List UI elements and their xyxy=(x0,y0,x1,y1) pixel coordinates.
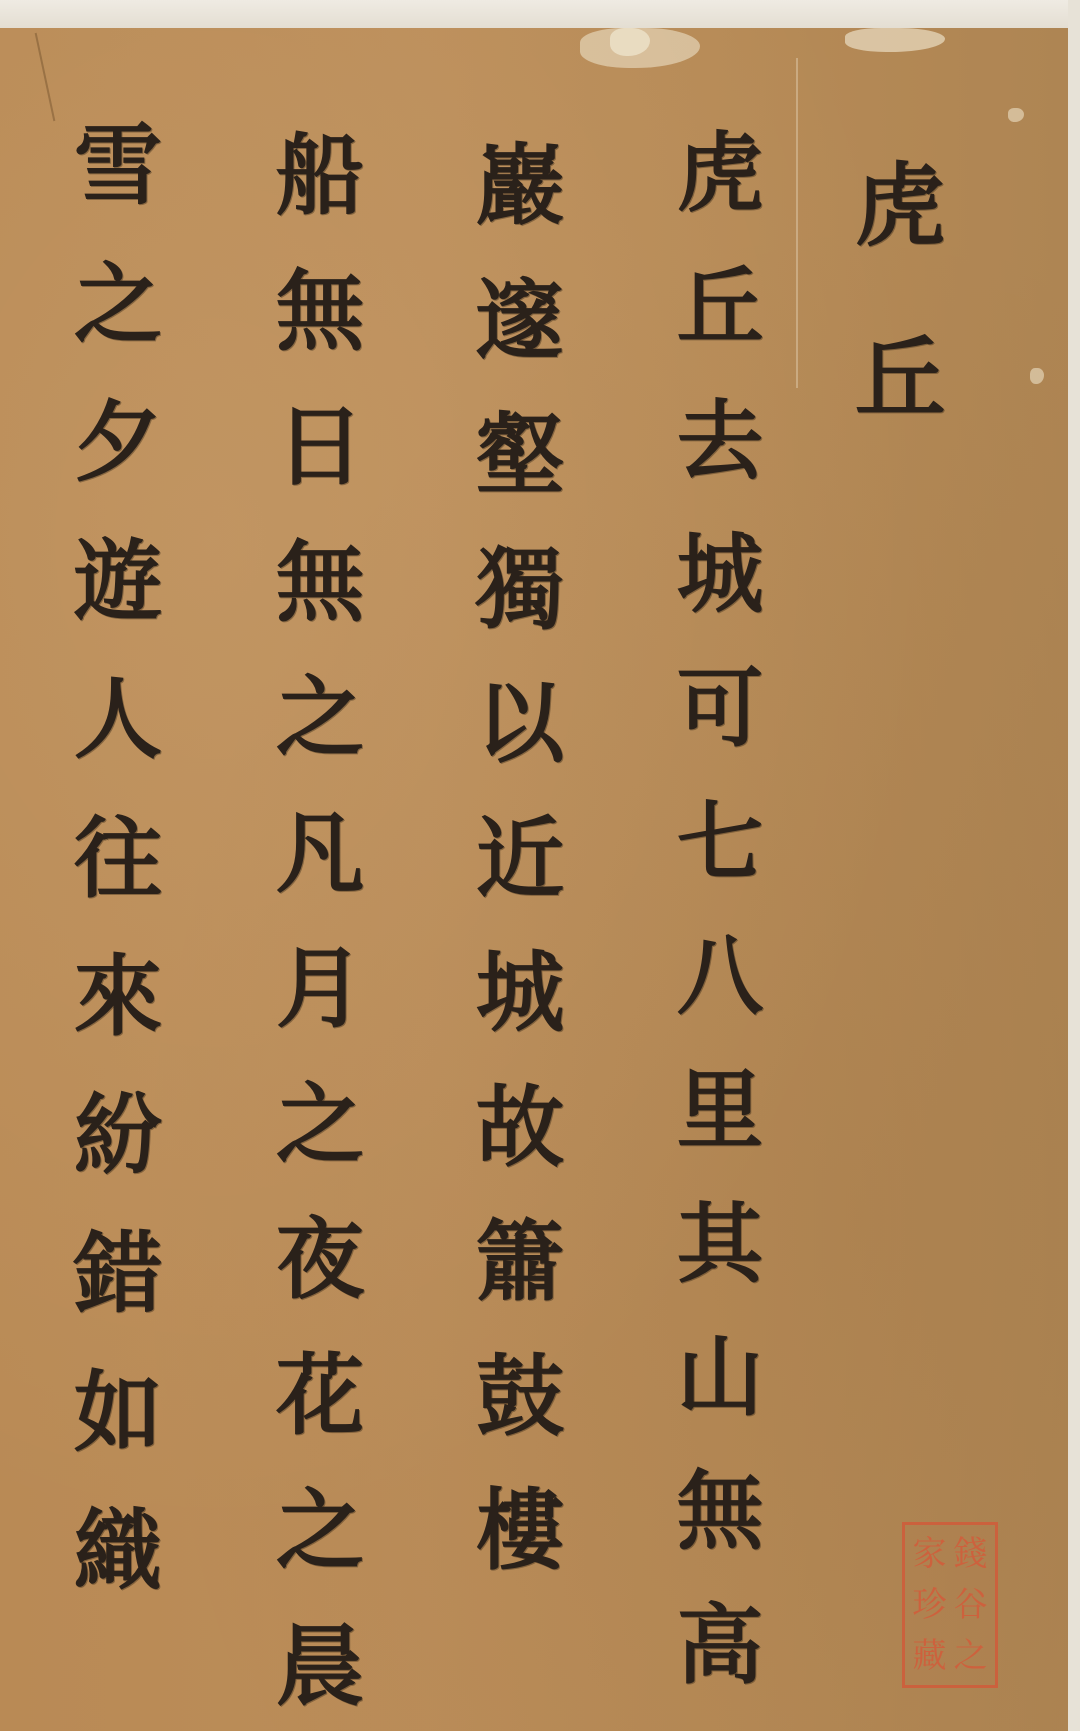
calligraphy-character: 城 xyxy=(677,511,763,639)
calligraphy-character: 簫 xyxy=(476,1196,564,1327)
calligraphy-character: 以 xyxy=(476,658,564,789)
calligraphy-character: 巖 xyxy=(476,120,564,251)
calligraphy-character: 無 xyxy=(276,517,364,648)
calligraphy-character: 山 xyxy=(677,1314,763,1442)
collector-seal: 錢谷之家珍藏 xyxy=(902,1522,998,1688)
calligraphy-character: 邃 xyxy=(476,255,564,386)
calligraphy-character: 人 xyxy=(74,654,162,785)
calligraphy-character: 無 xyxy=(276,246,364,377)
seal-character: 之 xyxy=(950,1630,991,1681)
calligraphy-character: 紛 xyxy=(74,1070,162,1201)
calligraphy-character: 錯 xyxy=(74,1208,162,1339)
seal-character: 家 xyxy=(909,1529,950,1580)
calligraphy-character: 里 xyxy=(677,1047,763,1175)
calligraphy-character: 之 xyxy=(276,1465,364,1596)
calligraphy-character: 日 xyxy=(276,381,364,512)
calligraphy-character: 虎 xyxy=(677,110,763,238)
calligraphy-character: 雪 xyxy=(74,100,162,231)
paper-crease xyxy=(35,33,56,121)
seal-character: 錢 xyxy=(950,1529,991,1580)
calligraphy-character: 月 xyxy=(276,923,364,1054)
paper-damage-stain xyxy=(845,28,945,52)
paper-damage-stain xyxy=(1030,368,1044,384)
calligraphy-character: 織 xyxy=(74,1485,162,1616)
seal-character: 珍 xyxy=(909,1580,950,1631)
calligraphy-character: 花 xyxy=(276,1330,364,1461)
calligraphy-character: 船 xyxy=(276,110,364,241)
calligraphy-character: 之 xyxy=(74,239,162,370)
calligraphy-column: 船無日無之凡月之夜花之晨 xyxy=(272,110,368,1731)
calligraphy-character: 七 xyxy=(677,779,763,907)
calligraphy-character: 凡 xyxy=(276,788,364,919)
calligraphy-character: 可 xyxy=(677,645,763,773)
calligraphy-character: 虎 xyxy=(855,140,945,273)
calligraphy-character: 夜 xyxy=(276,1194,364,1325)
calligraphy-character: 往 xyxy=(74,793,162,924)
calligraphy-character: 壑 xyxy=(476,389,564,520)
calligraphy-character: 鼓 xyxy=(476,1331,564,1462)
seal-character: 谷 xyxy=(950,1580,991,1631)
seal-character: 藏 xyxy=(909,1630,950,1681)
calligraphy-column: 雪之夕遊人往來紛錯如織 xyxy=(70,100,166,1616)
paper-crease xyxy=(796,58,798,388)
calligraphy-character: 無 xyxy=(677,1448,763,1576)
calligraphy-column: 虎丘去城可七八里其山無高 xyxy=(673,110,767,1710)
paper-damage-stain xyxy=(1008,108,1024,122)
calligraphy-character: 遊 xyxy=(74,516,162,647)
calligraphy-character: 故 xyxy=(476,1062,564,1193)
calligraphy-character: 晨 xyxy=(276,1601,364,1731)
scroll-mount-top xyxy=(0,0,1080,28)
calligraphy-character: 近 xyxy=(476,793,564,924)
calligraphy-character: 夕 xyxy=(74,377,162,508)
calligraphy-character: 其 xyxy=(677,1181,763,1309)
calligraphy-character: 高 xyxy=(677,1582,763,1710)
calligraphy-character: 去 xyxy=(677,378,763,506)
calligraphy-character: 獨 xyxy=(476,524,564,655)
scroll-mount-right xyxy=(1068,0,1080,1731)
calligraphy-character: 如 xyxy=(74,1347,162,1478)
calligraphy-column: 虎丘 xyxy=(851,140,949,447)
calligraphy-column: 巖邃壑獨以近城故簫鼓樓 xyxy=(472,120,568,1596)
calligraphy-character: 八 xyxy=(677,913,763,1041)
calligraphy-character: 之 xyxy=(276,1059,364,1190)
calligraphy-character: 樓 xyxy=(476,1465,564,1596)
calligraphy-character: 來 xyxy=(74,931,162,1062)
calligraphy-character: 丘 xyxy=(855,313,945,446)
calligraphy-character: 城 xyxy=(476,927,564,1058)
calligraphy-character: 之 xyxy=(276,652,364,783)
calligraphy-character: 丘 xyxy=(677,244,763,372)
